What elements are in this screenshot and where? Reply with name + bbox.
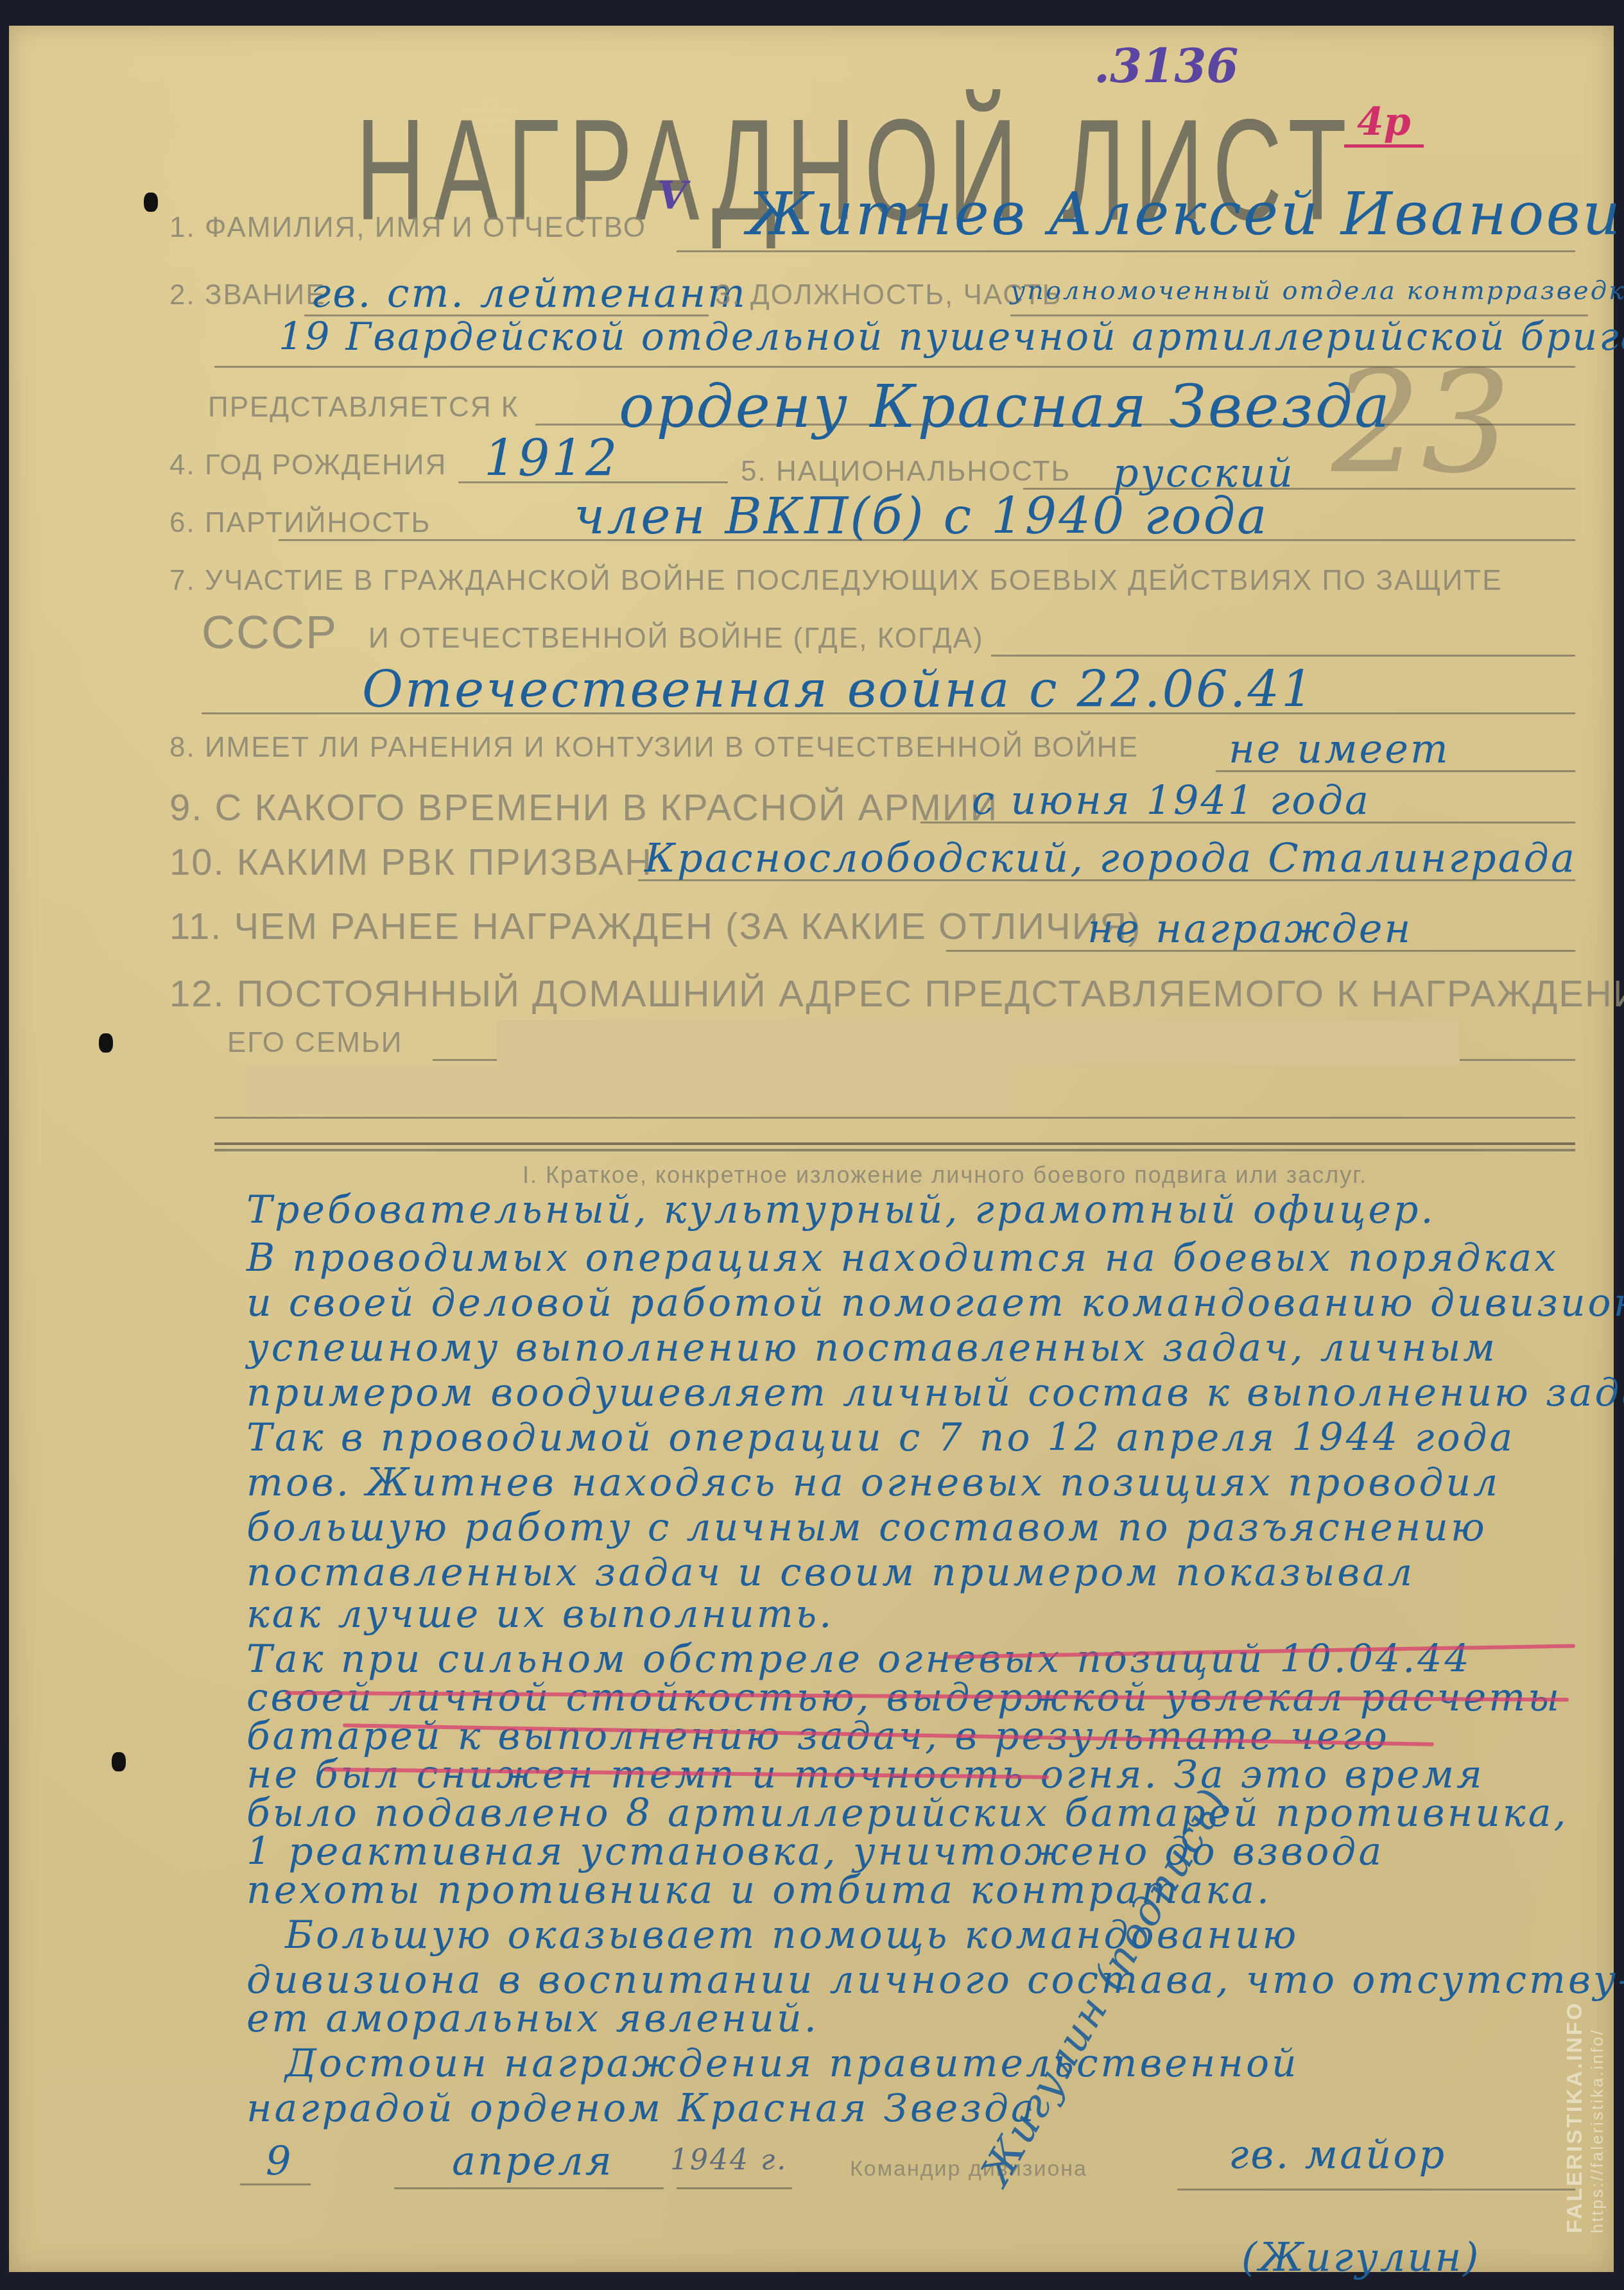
field-value-party: член ВКП(б) с 1940 года [574,488,1269,546]
narrative-line: поставленных задач и своим примером пока… [246,1550,1415,1595]
binder-hole [144,193,158,212]
narrative-line: успешному выполнению поставленных задач,… [246,1325,1498,1370]
narrative-line: примером воодушевляет личный состав к вы… [246,1370,1624,1415]
field-value-birth-year: 1912 [484,430,619,488]
narrative-line: и своей деловой работой помогает командо… [246,1280,1624,1325]
field-value-rank: гв. ст. лейтенант [311,270,747,316]
field-label-presented: Представляется к [208,392,519,424]
narrative-line: наградой орденом Красная Звезда [246,2086,1037,2131]
field-value-name: Житнев Алексей Иванович [747,180,1624,248]
field-label-draft-office: 10. Каким РВК призван [169,841,653,884]
narrative-line: как лучше их выполнить. [246,1592,834,1637]
narrative-line: ет аморальных явлений. [246,1996,819,2041]
field-label-wounds: 8. Имеет ли ранения и контузии в отечест… [169,732,1139,764]
footer-rank: гв. майор [1229,2131,1446,2178]
narrative-line: В проводимых операциях находится на боев… [246,1235,1559,1280]
narrative-line: Требовательный, культурный, грамотный оф… [246,1187,1436,1232]
field-value-army-since: с июня 1941 года [972,777,1370,823]
archive-number: .3136 [1094,39,1238,93]
footer-commander-label: Командир дивизиона [850,2157,1087,2182]
field-label-nationality: 5. Национальность [741,456,1071,488]
field-label-address: 12. Постоянный домашний адрес представля… [169,972,1624,1015]
check-mark: V [657,173,687,218]
field-label-family: его семьи [227,1027,402,1059]
field-label-ussr: СССР [202,607,338,659]
field-value-position: уполномоченный отдела контрразведки [1010,276,1624,306]
narrative-line: тов. Житнев находясь на огневых позициях… [246,1460,1500,1505]
footer-year: 1944 г. [670,2144,788,2176]
field-value-unit: 19 Гвардейской отдельной пушечной артилл… [279,314,1624,359]
binder-hole [112,1752,126,1771]
field-label-war-where: и отечественной войне (где, когда) [368,623,984,655]
narrative-line: Так в проводимой операции с 7 по 12 апре… [246,1415,1515,1460]
narrative-line: пехоты противника и отбита контратака. [246,1868,1272,1913]
binder-hole [99,1033,113,1053]
field-value-draft-office: Краснослободский, города Сталинграда [644,834,1576,881]
field-label-birth-year: 4. Год рождения [169,449,447,481]
narrative-line: Достоин награждения правительственной [285,2041,1299,2086]
footer-month: апреля [452,2137,614,2184]
field-label-rank: 2. Звание [169,279,326,311]
field-value-war-participation: Отечественная война с 22.06.41 [362,661,1315,719]
footer-name: (Жигулин) [1241,2234,1481,2280]
field-label-prior-awards: 11. Чем ранее награжден (за какие отличи… [169,905,1142,948]
field-value-award: ордену Красная Звезда [619,372,1392,441]
field-label-name: 1. Фамилия, имя и отчество [169,212,646,244]
red-mark: 4р [1344,99,1424,148]
narrative-line: большую работу с личным составом по разъ… [246,1505,1487,1550]
award-sheet: НАГРАДНОЙ ЛИСТ .3136 4р V 23 1. Фамилия,… [9,26,1614,2272]
section-heading: I. Краткое, конкретное изложение личного… [523,1162,1367,1189]
field-value-prior-awards: не награжден [1087,905,1412,952]
field-value-wounds: не имеет [1229,725,1450,772]
field-label-party: 6. Партийность [169,507,431,539]
redacted-address [497,1020,1460,1065]
redacted-address-2 [246,1065,1010,1114]
footer-day: 9 [266,2137,293,2184]
field-label-army-since: 9. С какого времени в Красной Армии [169,786,998,829]
watermark: FALERISTIKA.INFO https://faleristika.inf… [1562,2001,1607,2234]
field-label-war-participation: 7. Участие в гражданской войне последующ… [169,565,1503,597]
